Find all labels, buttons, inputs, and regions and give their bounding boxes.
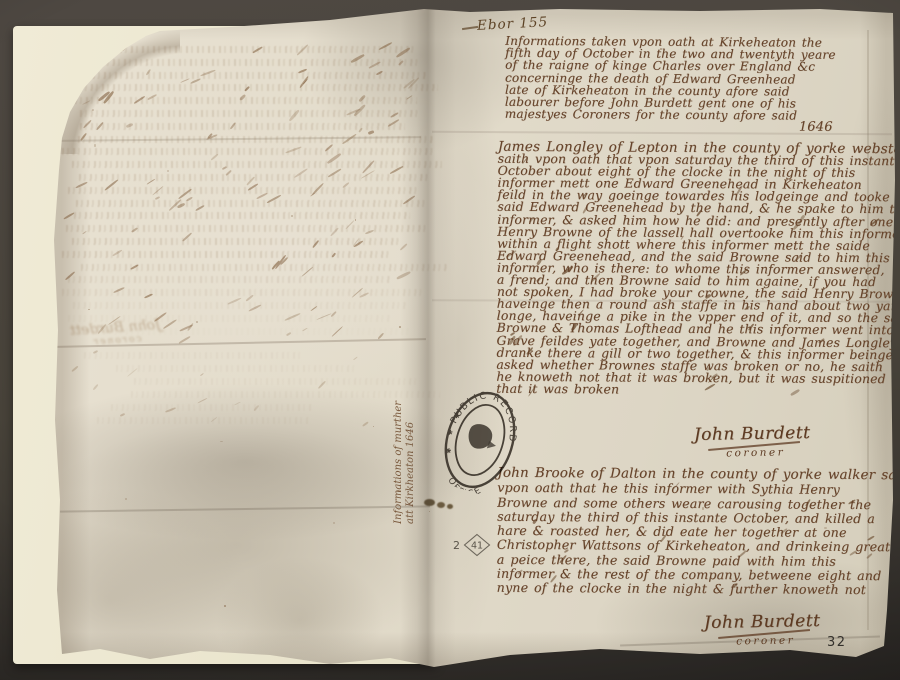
showthrough-line bbox=[80, 84, 439, 91]
manuscript-line: majestyes Coroners for the county afore … bbox=[505, 108, 897, 123]
coroner-signature-2: John Burdett coroner bbox=[704, 611, 821, 648]
showthrough-line bbox=[71, 72, 428, 79]
deposition-john-brooke: John Brooke of Dalton in the county of y… bbox=[497, 467, 900, 598]
manuscript-line: 1646 bbox=[505, 120, 897, 135]
showthrough-line bbox=[111, 404, 314, 411]
ink-fleck bbox=[167, 170, 169, 172]
showthrough-line bbox=[72, 238, 401, 245]
showthrough-line bbox=[73, 302, 408, 309]
diamond-number-mark: 41 bbox=[463, 533, 491, 557]
showthrough-line bbox=[79, 174, 431, 181]
showthrough-line bbox=[68, 276, 392, 283]
deposition-james-longley: James Longley of Lepton in the county of… bbox=[496, 141, 900, 397]
manuscript-paper: John Burdett coroner Ebor 155 Informatio… bbox=[0, 0, 900, 680]
manuscript-line: nyne of the clocke in the night & furthe… bbox=[497, 581, 899, 598]
ink-fleck bbox=[355, 219, 357, 221]
showthrough-line bbox=[78, 136, 433, 143]
showthrough-line bbox=[116, 365, 355, 372]
inquest-heading: Informations taken vpon oath at Kirkehea… bbox=[505, 35, 898, 135]
center-fold-shadow bbox=[400, 0, 456, 680]
showthrough-line bbox=[72, 161, 442, 168]
diamond-number: 41 bbox=[471, 541, 483, 552]
folio-number: 32 bbox=[827, 635, 847, 650]
manuscript-photo: John Burdett coroner Ebor 155 Informatio… bbox=[0, 0, 900, 680]
showthrough-line bbox=[76, 200, 426, 207]
showthrough-line bbox=[97, 417, 309, 424]
showthrough-line bbox=[74, 212, 410, 219]
ink-fleck bbox=[333, 522, 336, 524]
showthrough-line bbox=[68, 187, 420, 194]
showthrough-line bbox=[80, 59, 418, 66]
showthrough-line bbox=[84, 352, 304, 359]
pencil-marks: 2 41 bbox=[453, 533, 491, 557]
showthrough-line bbox=[134, 378, 417, 385]
coroner-signature-1: John Burdett coroner bbox=[694, 423, 811, 460]
showthrough-line bbox=[66, 225, 427, 232]
ink-fleck bbox=[92, 109, 94, 111]
showthrough-line bbox=[80, 110, 419, 117]
showthrough-line bbox=[62, 148, 434, 155]
